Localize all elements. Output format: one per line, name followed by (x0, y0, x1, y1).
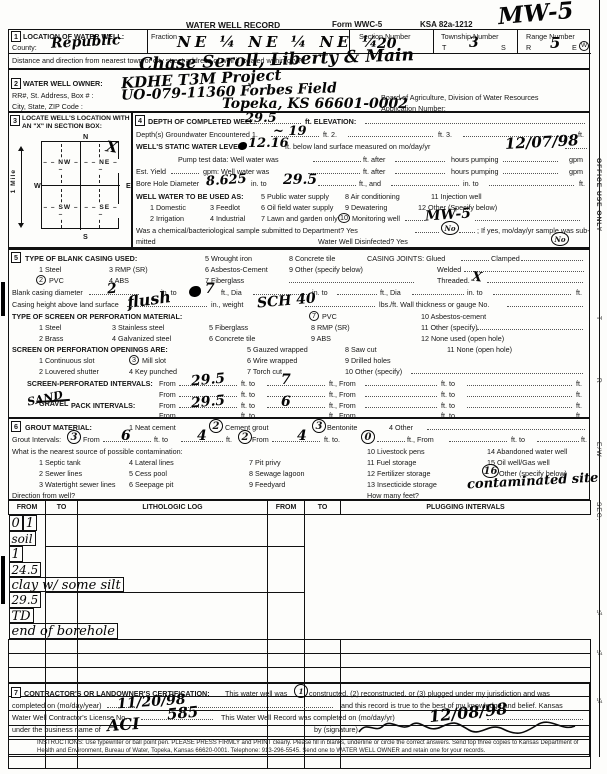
dia-ft-3: ft. (576, 288, 582, 297)
screen-material-option[interactable]: 10 Asbestos-cement (421, 312, 486, 321)
office-use-only-label: OFFICE USE ONLY (595, 158, 602, 232)
margin-r-label: R (595, 378, 602, 384)
city-value[interactable]: Topeka, KS 66601-0002 (222, 96, 408, 112)
cert-text-a: This water well was (225, 689, 287, 698)
col-to-2: TO (305, 501, 341, 515)
elevation-label: ft. ELEVATION: (305, 117, 356, 126)
casing-option[interactable]: 3 RMP (SR) (109, 265, 148, 274)
openings-option[interactable]: 7 Torch cut (247, 367, 282, 376)
compass-w: W (34, 181, 41, 190)
use-option[interactable]: 3 Feedlot (210, 203, 240, 212)
grout-title: GROUT MATERIAL: (25, 423, 92, 432)
use-option[interactable]: 7 Lawn and garden only (261, 214, 338, 223)
col-to: TO (46, 501, 78, 515)
contamination-option[interactable]: 11 Fuel storage (367, 458, 416, 467)
section-5-number: 5 (11, 252, 21, 263)
interval-from: From (159, 379, 176, 388)
grout-ft-to-3: ft. to (511, 435, 525, 444)
range-r: R (526, 43, 531, 52)
contamination-option[interactable]: 6 Seepage pit (129, 480, 173, 489)
openings-option[interactable]: 2 Louvered shutter (39, 367, 99, 376)
contamination-option[interactable]: 2 Sewer lines (39, 469, 82, 478)
address-label: RR#, St. Address, Box # : (12, 91, 94, 100)
disinfected-question: Water Well Disinfected? Yes (318, 237, 408, 246)
contamination-option[interactable]: 9 Feedyard (249, 480, 285, 489)
col-plugging-intervals: PLUGGING INTERVALS (341, 501, 591, 515)
grout-intervals-label: Grout Intervals: (12, 435, 61, 444)
log-row[interactable] (9, 639, 591, 653)
grout-ft-to-2: ft. to. (324, 435, 340, 444)
depth-label: DEPTH OF COMPLETED WELL. (148, 117, 256, 126)
casing-joints-label: CASING JOINTS: Glued (367, 254, 445, 263)
margin-ew-label: E/W (595, 442, 602, 457)
pump-test-label: Pump test data: Well water was (178, 155, 279, 164)
bore-label: Bore Hole Diameter (136, 179, 199, 188)
contamination-option[interactable]: 1 Septic tank (39, 458, 81, 467)
instructions-block: INSTRUCTIONS: Use typewriter or ball poi… (9, 736, 591, 755)
grout-interval-2-to-circled[interactable]: 0 (361, 430, 375, 444)
bore-ft: ft. (579, 179, 585, 188)
mile-scale-line (21, 149, 22, 225)
openings-option[interactable]: 1 Continuous slot (39, 356, 95, 365)
log-row[interactable]: 0 1 soil (9, 515, 591, 546)
log-to: 1 (23, 515, 37, 530)
quadrant-ne[interactable]: NE (82, 159, 120, 173)
openings-option[interactable]: 4 Key punched (129, 367, 177, 376)
grout-from: From (83, 435, 100, 444)
range-w-circled[interactable]: W (579, 41, 589, 51)
screen-intervals-title: SCREEN-PERFORATED INTERVALS: (27, 379, 153, 388)
casing-option[interactable]: 8 Concrete tile (289, 254, 335, 263)
grout-interval-order-2[interactable]: 2 (238, 430, 252, 444)
use-option-10-circled[interactable]: 10 (338, 213, 350, 223)
interval-ft-to: ft. to (241, 390, 255, 399)
log-row[interactable] (9, 668, 591, 682)
log-row[interactable]: 1 24.5 clay w/ some silt (9, 546, 591, 592)
log-to: TD (9, 608, 34, 623)
scan-artifact (1, 282, 5, 316)
bore-in-to-2: in. to (463, 179, 479, 188)
contamination-option[interactable]: 3 Watertight sewer lines (39, 480, 115, 489)
casing-height-label: Casing height above land surface (12, 300, 119, 309)
log-from: 29.5 (9, 592, 42, 607)
signature-label: by (signature) (314, 725, 358, 734)
casing-diameter-value[interactable]: 2 (106, 281, 117, 298)
mile-scale-label: 1 Mile (10, 169, 17, 193)
well-id-annotation: MW-5 (497, 0, 575, 30)
interval-ft-to-2: ft. to (441, 390, 455, 399)
casing-option[interactable]: 1 Steel (39, 265, 61, 274)
col-from-2: FROM (268, 501, 305, 515)
use-title: WELL WATER TO BE USED AS: (136, 192, 244, 201)
screen-material-option[interactable]: 9 ABS (311, 334, 331, 343)
disinfected-no-circled[interactable]: No (551, 232, 569, 246)
grout-ft-to: ft. to (154, 435, 168, 444)
grout-interval-2-from[interactable]: 4 (297, 428, 307, 444)
quadrant-sw[interactable]: SW (42, 204, 80, 218)
mile-arrow-down (18, 223, 24, 228)
water-well-record-form: WATER WELL RECORD Form WWC-5 KSA 82a-121… (0, 0, 607, 774)
margin-quarter-label: ¼ (596, 610, 603, 618)
locate-title-1: LOCATE WELL'S LOCATION WITH (22, 115, 130, 122)
contamination-option[interactable]: 10 Livestock pens (367, 447, 425, 456)
yield-gpm: gpm (569, 167, 583, 176)
gravel-label-struck: GRAVEL (39, 399, 68, 408)
cert-1-circled[interactable]: 1 (294, 684, 308, 698)
openings-option[interactable]: 11 None (open hole) (447, 345, 512, 354)
section-3-number: 3 (10, 115, 20, 126)
scan-artifact (1, 556, 5, 604)
grout-ft-2: ft. (581, 435, 587, 444)
casing-title: TYPE OF BLANK CASING USED: (25, 254, 137, 263)
pump-gpm: gpm (569, 155, 583, 164)
interval-ft: ft. (576, 379, 582, 388)
use-option-10-label[interactable]: Monitoring well (352, 214, 400, 223)
statute-number: KSA 82a-1212 (420, 20, 473, 29)
range-e: E (572, 43, 577, 52)
log-to: 24.5 (9, 562, 42, 577)
use-option[interactable]: 11 Injection well (431, 192, 482, 201)
dia-ft-2: ft., Dia (380, 288, 401, 297)
sample-no-circled[interactable]: No (441, 221, 459, 235)
margin-sec-label: SEC. (595, 502, 602, 521)
county-label: County: (12, 43, 37, 52)
openings-title: SCREEN OR PERFORATION OPENINGS ARE: (12, 345, 168, 354)
section-1-number: 1 (11, 31, 21, 42)
grout-from-2: From (252, 435, 269, 444)
sample-mitted: mitted (136, 237, 156, 246)
casing-joint-threaded[interactable]: Threaded. (437, 276, 470, 285)
contamination-option[interactable]: 8 Sewage lagoon (249, 469, 305, 478)
range-value[interactable]: 5 (550, 34, 560, 52)
openings-3-circled[interactable]: 3 (129, 355, 139, 365)
groundwater-2-label: ft. 2. (323, 130, 337, 139)
log-from: 0 (9, 515, 23, 530)
groundwater-ft: ft. (578, 130, 584, 139)
static-water-label: WELL'S STATIC WATER LEVEL (136, 142, 242, 151)
static-water-date[interactable]: 12/07/98 (505, 131, 579, 153)
casing-joint-clamped[interactable]: Clamped (491, 254, 520, 263)
pump-hours: hours pumping (451, 155, 499, 164)
screen-material-7-circled[interactable]: 7 (309, 311, 319, 321)
casing-option-pvc[interactable]: PVC (49, 276, 64, 285)
bore-ft-and: ft., and (359, 179, 381, 188)
grout-interval-1-to[interactable]: 4 (197, 428, 207, 444)
township-t: T (442, 43, 446, 52)
compass-e: E (126, 181, 131, 190)
margin-quarter-label: ¼ (596, 698, 603, 706)
screen-interval-from-value[interactable]: 29.5 (190, 371, 225, 390)
dia-in-to-3: in. to (467, 288, 483, 297)
interval-ft-to-2: ft. to (441, 379, 455, 388)
use-option[interactable]: 5 Public water supply (261, 192, 329, 201)
static-water-rest: ft. below land surface measured on mo/da… (285, 142, 430, 151)
township-value[interactable]: 3 (469, 35, 479, 51)
interval-ft-from: ft., From (329, 379, 356, 388)
margin-quarter-label: ¼ (596, 650, 603, 658)
screen-material-option[interactable]: 3 Stainless steel (112, 323, 164, 332)
section-owner: 2 WATER WELL OWNER: KDHE T3M Project RR#… (8, 69, 590, 112)
well-location-x-mark[interactable]: X (105, 137, 119, 156)
screen-material-option[interactable]: 1 Steel (39, 323, 61, 332)
col-lithologic-log: LITHOLOGIC LOG (78, 501, 268, 515)
openings-option[interactable]: 9 Drilled holes (345, 356, 391, 365)
use-option[interactable]: 8 Air conditioning (345, 192, 400, 201)
contamination-option[interactable]: 7 Pit privy (249, 458, 281, 467)
grout-2-circled[interactable]: 2 (209, 419, 223, 433)
use-option[interactable]: 2 Irrigation (150, 214, 184, 223)
log-description: end of borehole (9, 623, 118, 638)
mile-arrow-up (18, 146, 24, 151)
section-locate-map: 3 LOCATE WELL'S LOCATION WITH AN "X" IN … (8, 112, 132, 248)
use-option[interactable]: 4 Industrial (210, 214, 245, 223)
openings-option[interactable]: 5 Gauzed wrapped (247, 345, 308, 354)
quadrant-se[interactable]: SE (82, 204, 120, 218)
section-certification: 7 CONTRACTOR'S OR LANDOWNER'S CERTIFICAT… (8, 683, 590, 757)
interval-ft-to: ft. to (241, 379, 255, 388)
business-name-label: under the business name of (12, 725, 101, 734)
section-6-number: 6 (11, 421, 21, 432)
compass-s: S (83, 232, 88, 241)
section-casing: 5 TYPE OF BLANK CASING USED: 5 Wrought i… (8, 248, 590, 418)
section-7-number: 7 (11, 687, 21, 698)
grout-ft: ft. (226, 435, 232, 444)
casing-option[interactable]: 5 Wrought iron (205, 254, 252, 263)
contamination-option[interactable]: 4 Lateral lines (129, 458, 174, 467)
grout-interval-order-3[interactable]: 3 (67, 430, 81, 444)
fraction-label: Fraction (151, 32, 177, 41)
grout-option[interactable]: 1 Neat cement (129, 423, 176, 432)
section-grout: 6 GROUT MATERIAL: 1 Neat cement 2 Cement… (8, 418, 590, 500)
screen-material-option[interactable]: 12 None used (open hole) (421, 334, 504, 343)
wall-thickness-label: lbs./ft. Wall thickness or gauge No. (379, 300, 489, 309)
yield-hours: hours pumping (451, 167, 499, 176)
compass-n: N (83, 132, 88, 141)
grout-option[interactable]: 4 Other (389, 423, 413, 432)
log-description: clay w/ some silt (9, 577, 124, 592)
sample-rest: ; If yes, mo/day/yr sample was sub- (477, 226, 590, 235)
quadrant-nw[interactable]: NW (42, 159, 80, 173)
locate-title-2: AN "X" IN SECTION BOX: (22, 123, 102, 130)
license-value[interactable]: 585 (166, 703, 199, 724)
openings-mill-slot[interactable]: Mill slot (142, 356, 166, 365)
section-location: 1 LOCATION OF WATER WELL: County: Republ… (8, 29, 590, 69)
interval-ft: ft. (576, 390, 582, 399)
log-row[interactable] (9, 653, 591, 667)
contamination-title: What is the nearest source of possible c… (12, 447, 183, 456)
screen-material-option[interactable]: 11 Other (specify) (421, 323, 478, 332)
est-yield-label: Est. Yield (136, 167, 166, 176)
interval-from: From (159, 390, 176, 399)
screen-material-option[interactable]: 6 Concrete tile (209, 334, 255, 343)
casing-joint-welded[interactable]: Welded (437, 265, 461, 274)
casing-option[interactable]: 9 Other (specify below) (289, 265, 363, 274)
interval-ft-from: ft., From (329, 390, 356, 399)
signature-scribble[interactable] (357, 720, 577, 736)
openings-option[interactable]: 6 Wire wrapped (247, 356, 297, 365)
static-water-value[interactable]: 12.16 (248, 136, 289, 151)
yield-ft-after: ft. after (363, 167, 385, 176)
city-label: City, State, ZIP Code : (12, 102, 83, 111)
use-option[interactable]: 6 Oil field water supply (261, 203, 333, 212)
openings-option[interactable]: 8 Saw cut (345, 345, 377, 354)
screen-material-title: TYPE OF SCREEN OR PERFORATION MATERIAL: (12, 312, 182, 321)
completed-on-label: completed on (mo/day/year) (12, 701, 102, 710)
contamination-option[interactable]: 12 Fertilizer storage (367, 469, 431, 478)
section-depth: 4 DEPTH OF COMPLETED WELL. 29.5 ft. ELEV… (132, 112, 590, 248)
contamination-option[interactable]: 5 Cess pool (129, 469, 167, 478)
dia-ft: ft., Dia (221, 288, 242, 297)
margin-t-label: T (595, 316, 602, 321)
township-s: S (501, 43, 506, 52)
log-from: 1 (9, 546, 23, 561)
groundwater-label: Depth(s) Groundwater Encountered 1. (136, 130, 258, 139)
use-option[interactable]: 9 Dewatering (345, 203, 387, 212)
how-many-feet-label: How many feet? (367, 491, 419, 500)
grout-interval-1-from[interactable]: 6 (121, 428, 131, 444)
sample-question: Was a chemical/bacteriological sample su… (136, 226, 358, 235)
county-value[interactable]: Republic (51, 32, 121, 52)
screen-material-option[interactable]: 2 Brass (39, 334, 63, 343)
casing-depth-value[interactable]: 7 (205, 281, 215, 297)
bore-diameter-value[interactable]: 8.625 (206, 172, 248, 190)
screen-material-pvc[interactable]: PVC (322, 312, 337, 321)
owner-title: WATER WELL OWNER: (23, 79, 103, 88)
grout-ft-from: ft., From (407, 435, 434, 444)
groundwater-3-label: ft. 3. (438, 130, 452, 139)
screen-material-option[interactable]: 5 Fiberglass (209, 323, 248, 332)
contamination-option[interactable]: 13 Insecticide storage (367, 480, 437, 489)
direction-from-well-label: Direction from well? (12, 491, 75, 500)
screen-material-option[interactable]: 8 RMP (SR) (311, 323, 350, 332)
bore-in-to: in. to (251, 179, 267, 188)
casing-option-2-circled[interactable]: 2 (36, 275, 46, 285)
col-from: FROM (9, 501, 46, 515)
log-row[interactable]: 29.5 TD end of borehole (9, 592, 591, 639)
instructions-line-1: INSTRUCTIONS: Use typewriter or ball poi… (37, 740, 572, 746)
business-name-value[interactable]: ACI (106, 714, 140, 735)
casing-option[interactable]: 6 Asbestos-Cement (205, 265, 268, 274)
pump-ft-after: ft. after (363, 155, 385, 164)
use-option[interactable]: 1 Domestic (150, 203, 186, 212)
grout-bentonite[interactable]: Bentonite (327, 423, 357, 432)
grout-3-circled[interactable]: 3 (312, 419, 326, 433)
log-description: soil (9, 531, 36, 546)
bore-depth-value[interactable]: 29.5 (283, 172, 317, 188)
screen-material-option[interactable]: 4 Galvanized steel (112, 334, 171, 343)
form-number: Form WWC-5 (332, 20, 382, 29)
section-2-number: 2 (11, 78, 21, 89)
blank-casing-diameter-label: Blank casing diameter (12, 288, 83, 297)
contamination-option[interactable]: 14 Abandoned water well (487, 447, 567, 456)
openings-option[interactable]: 10 Other (specify) (345, 367, 402, 376)
threaded-x-mark[interactable]: X (471, 270, 483, 286)
section-4-number: 4 (135, 115, 145, 126)
section-quadrant-box[interactable]: NW NE SW SE X (41, 141, 119, 229)
height-in-weight: in., weight (211, 300, 243, 309)
cert-text-b: constructed, (2) reconstructed, or (3) p… (309, 689, 550, 698)
